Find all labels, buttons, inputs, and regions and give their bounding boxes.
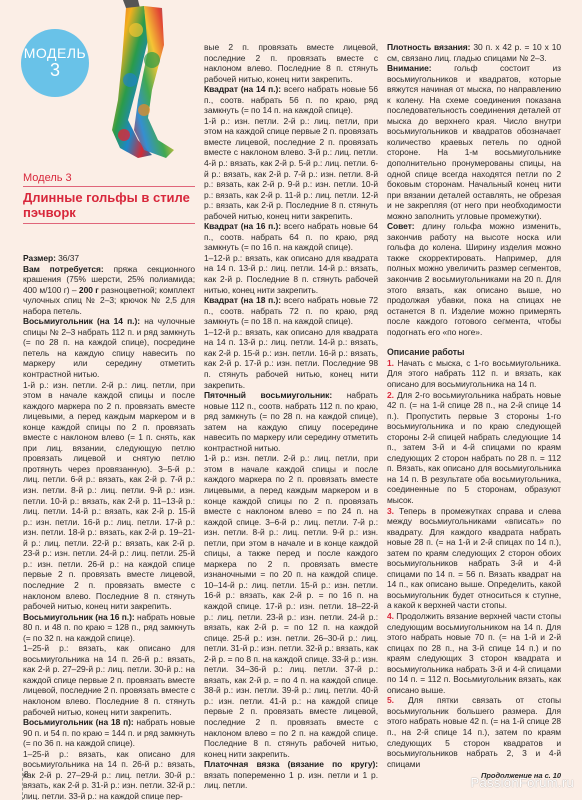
- heel-octagon-paragraph: Пяточный восьмиугольник: набрать новые 1…: [204, 390, 378, 453]
- step-5: 5. Для пятки связать от стопы восьмиугол…: [387, 695, 561, 769]
- model-label: Модель 3: [23, 172, 195, 187]
- step-text: Теперь в промежутках справа и слева межд…: [387, 506, 561, 611]
- heel-octagon-rows: 1-й р.: изн. петли. 2-й р.: лиц. петли, …: [204, 453, 378, 759]
- tip-paragraph: Совет: длину гольфа можно изменить, зако…: [387, 221, 561, 337]
- article-title: Длинные гольфы в стиле пэчворк: [23, 190, 195, 224]
- yarn-amount: 200 г: [79, 285, 99, 295]
- octagon-16-rows: 1–25-й р.: вязать, как описано для восьм…: [23, 643, 195, 717]
- square-16-paragraph: Квадрат (на 16 п.): всего набрать новые …: [204, 221, 378, 253]
- garter-stitch-text: вязать попеременно 1 р. изн. петли и 1 р…: [204, 770, 378, 791]
- square-14-paragraph: Квадрат (на 14 п.): всего набрать новые …: [204, 84, 378, 116]
- square-16-label: Квадрат (на 16 п.):: [204, 221, 281, 231]
- square-16-rows: 1–12-й р.: вязать, как описано для квадр…: [204, 253, 378, 295]
- garter-stitch-paragraph: Платочная вязка (вязание по кругу): вяза…: [204, 759, 378, 791]
- tip-text: длину гольфа можно изменить, закончив ра…: [387, 221, 561, 336]
- square-18-rows: 1–12-й р.: вязать, как описано для квадр…: [204, 327, 378, 390]
- step-number: 5.: [387, 695, 394, 705]
- step-text: Для 2-го восьмиугольника набрать новые 4…: [387, 390, 561, 505]
- square-14-rows: 1-й р.: изн. петли. 2-й р.: лиц. петли, …: [204, 116, 378, 221]
- materials-label: Вам потребуется:: [23, 264, 104, 274]
- step-2: 2. Для 2-го восьмиугольника набрать новы…: [387, 390, 561, 506]
- magazine-page: МОДЕЛЬ 3 Модель 3 Длинные гольфы в стиле…: [0, 0, 582, 800]
- step-number: 2.: [387, 390, 394, 400]
- size-label: Размер:: [23, 253, 56, 263]
- tip-label: Совет:: [387, 221, 415, 231]
- column-3: Плотность вязания: 30 п. х 42 р. = 10 х …: [387, 42, 561, 782]
- octagon-16-paragraph: Восьмиугольник (на 16 п.): набрать новые…: [23, 612, 195, 644]
- square-14-label: Квадрат (на 14 п.):: [204, 84, 281, 94]
- badge-number: 3: [50, 61, 60, 80]
- step-number: 4.: [387, 611, 394, 621]
- step-text: Для пятки связать от стопы восьмиугольни…: [387, 695, 561, 768]
- work-description-heading: Описание работы: [387, 347, 561, 358]
- step-4: 4. Продолжить вязание верхней части стоп…: [387, 611, 561, 695]
- octagon-14-paragraph: Восьмиугольник (на 14 п.): на чулочные с…: [23, 316, 195, 379]
- badge-label: МОДЕЛЬ: [24, 46, 86, 61]
- heel-octagon-label: Пяточный восьмиугольник:: [204, 390, 332, 400]
- gauge-paragraph: Плотность вязания: 30 п. х 42 р. = 10 х …: [387, 42, 561, 63]
- octagon-18-rows: 1–25-й р.: вязать, как описано для восьм…: [23, 749, 195, 800]
- size-paragraph: Размер: 36/37: [23, 253, 195, 264]
- page-margin-divider: [22, 768, 23, 800]
- model-badge: МОДЕЛЬ 3: [21, 29, 89, 97]
- continued-text: вые 2 п. провязать вместе лицевой, после…: [204, 42, 378, 84]
- gauge-label: Плотность вязания:: [387, 42, 470, 52]
- step-text: Продолжить вязание верхней части стопы с…: [387, 611, 561, 695]
- watermark: PassionForum.ru: [471, 775, 574, 790]
- attention-label: Внимание:: [387, 63, 432, 73]
- step-3: 3. Теперь в промежутках справа и слева м…: [387, 506, 561, 611]
- column-2: вые 2 п. провязать вместе лицевой, после…: [204, 42, 378, 791]
- square-18-paragraph: Квадрат (на 18 п.): всего набрать новые …: [204, 295, 378, 327]
- octagon-14-rows: 1-й р.: изн. петли. 2-й р.: лиц. петли, …: [23, 380, 195, 612]
- octagon-18-label: Восьмиугольник (на 18 п):: [23, 717, 134, 727]
- attention-paragraph: Внимание: гольф состоит из восьмиугольни…: [387, 63, 561, 221]
- octagon-14-label: Восьмиугольник (на 14 п.):: [23, 316, 140, 326]
- size-value: 36/37: [56, 253, 79, 263]
- socks-photo: [78, 0, 178, 160]
- octagon-18-paragraph: Восьмиугольник (на 18 п): набрать новые …: [23, 717, 195, 749]
- attention-text: гольф состоит из восьмиугольников и квад…: [387, 63, 561, 221]
- step-text: Начать с мыска, с 1-го восьмиугольника. …: [387, 358, 561, 389]
- garter-stitch-label: Платочная вязка (вязание по кругу):: [204, 759, 378, 769]
- step-number: 1.: [387, 358, 394, 368]
- materials-paragraph: Вам потребуется: пряжа секционного краше…: [23, 264, 195, 317]
- column-1: Размер: 36/37 Вам потребуется: пряжа сек…: [23, 253, 195, 800]
- page-number: 8: [24, 770, 28, 779]
- step-1: 1. Начать с мыска, с 1-го восьмиугольник…: [387, 358, 561, 390]
- step-number: 3.: [387, 506, 394, 516]
- square-18-label: Квадрат (на 18 п.):: [204, 295, 281, 305]
- octagon-16-label: Восьмиугольник (на 16 п.):: [23, 612, 135, 622]
